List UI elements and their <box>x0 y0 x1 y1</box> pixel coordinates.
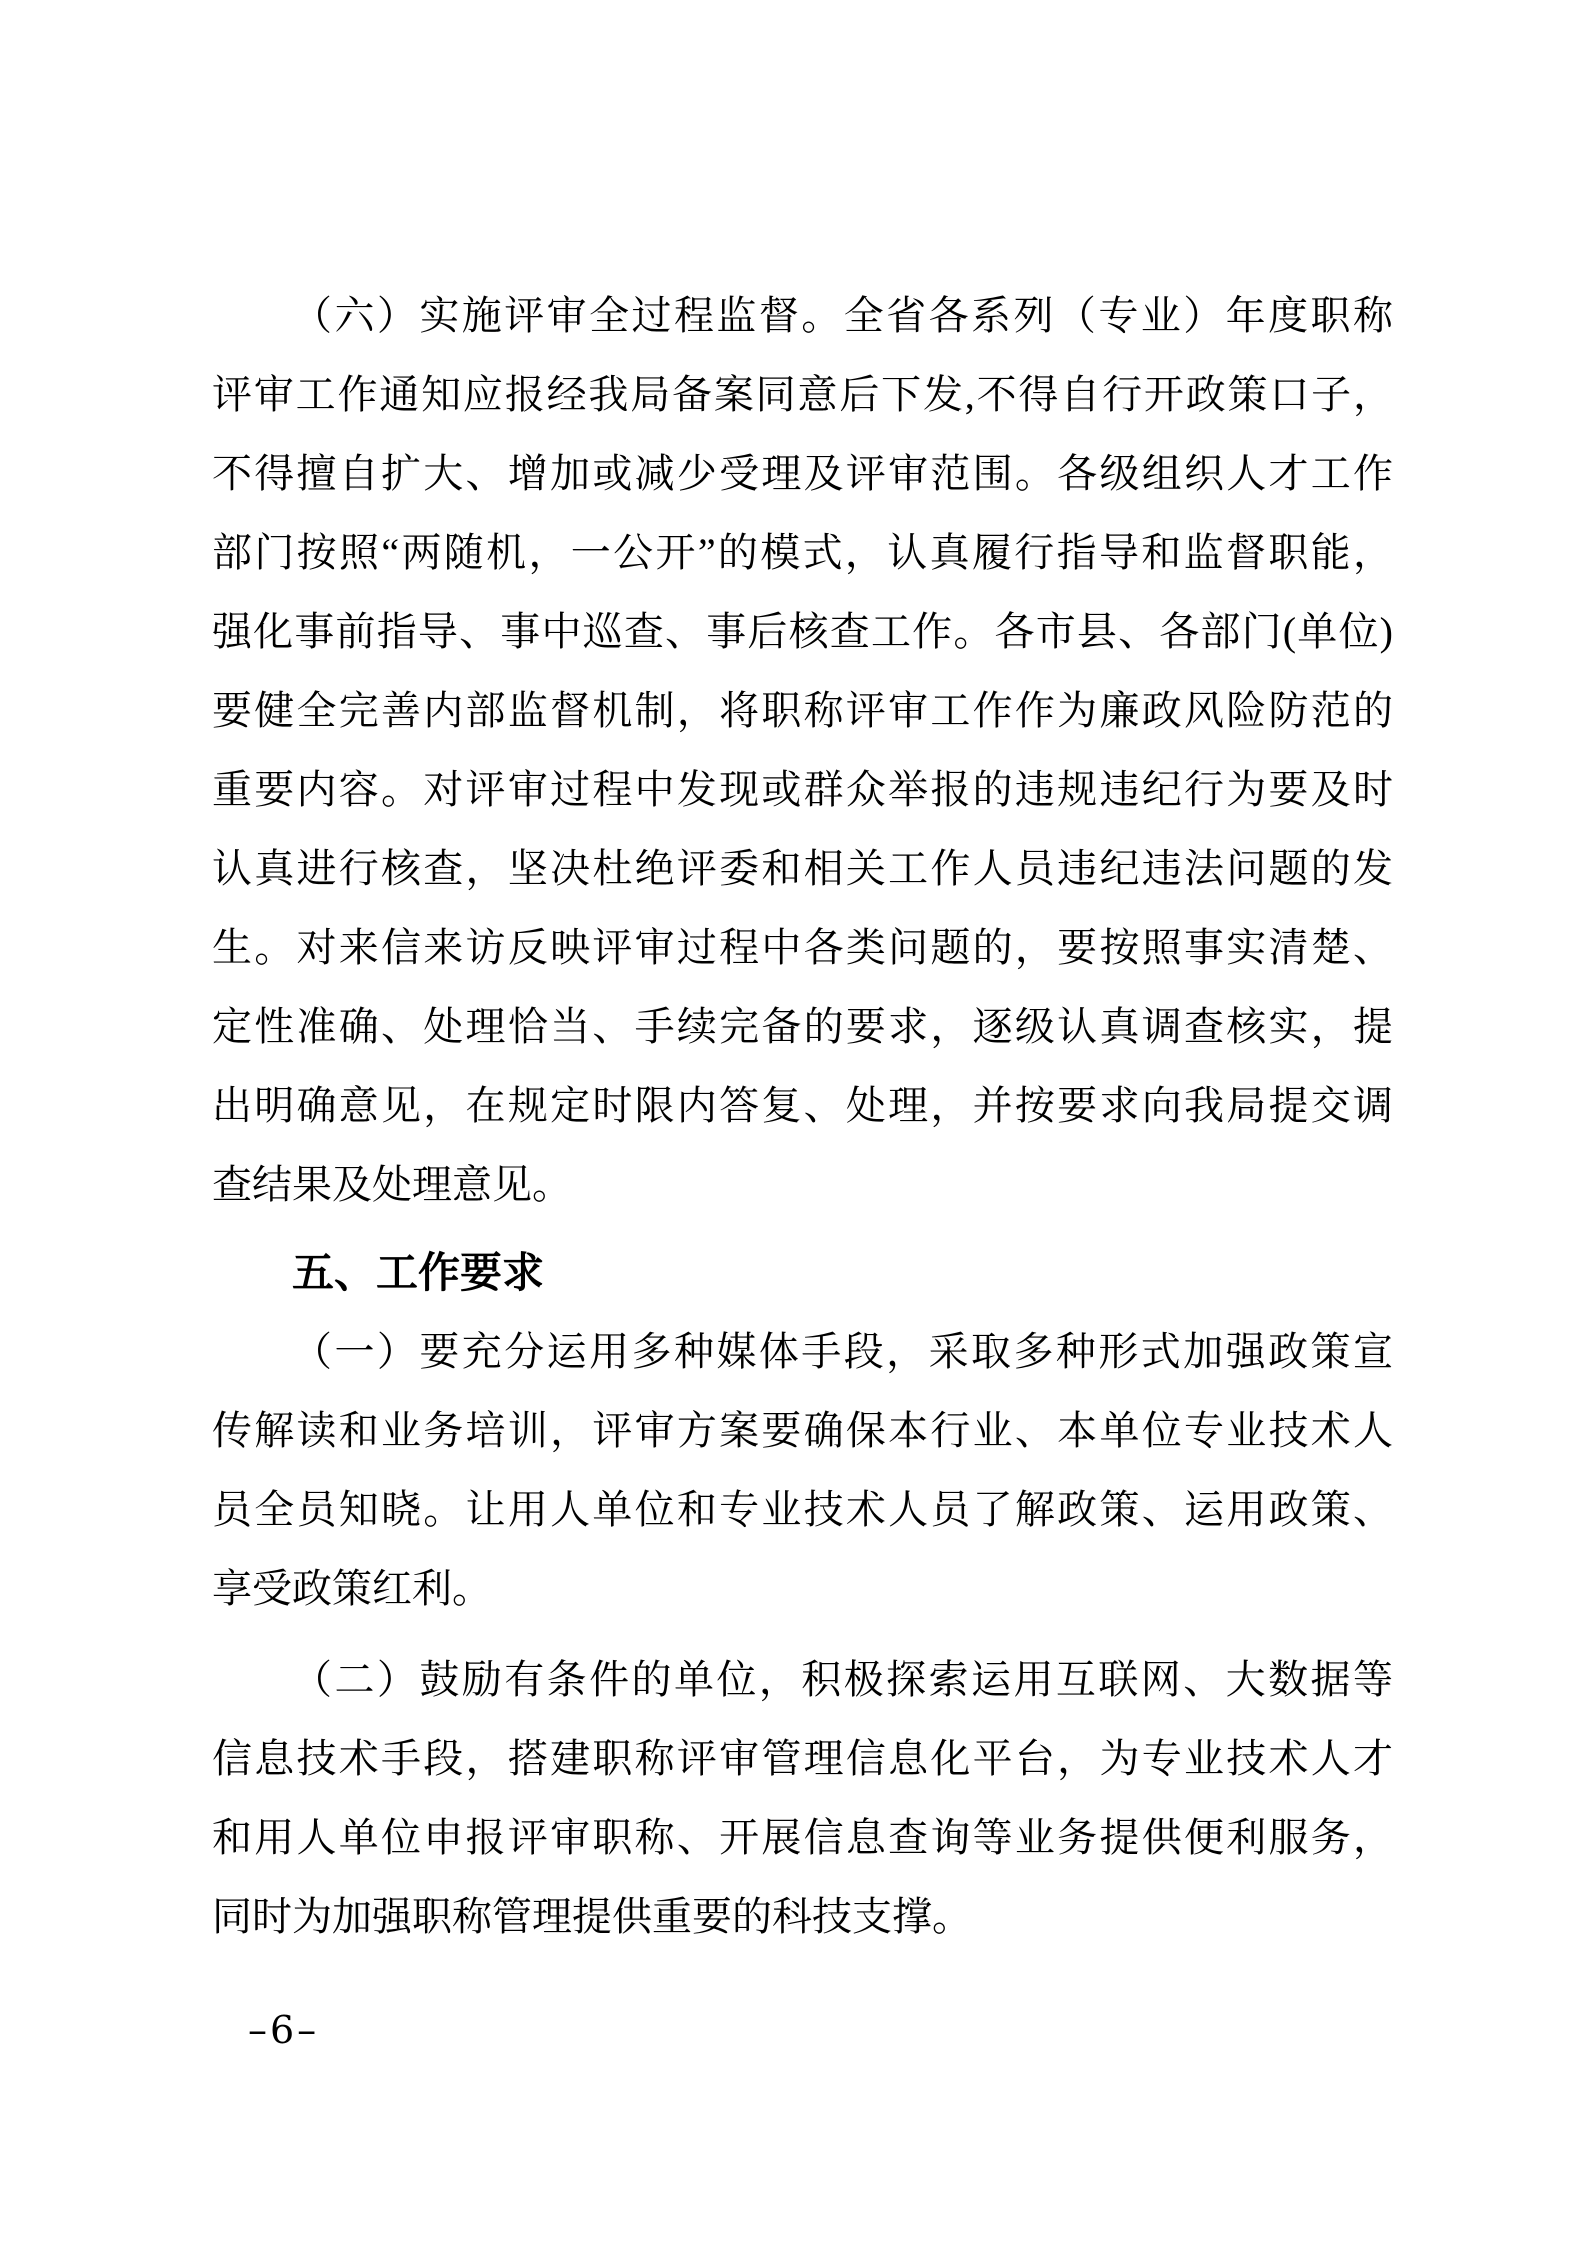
body-line: （一）要充分运用多种媒体手段，采取多种形式加强政策宣 <box>212 1312 1393 1391</box>
body-line: （二）鼓励有条件的单位，积极探索运用互联网、大数据等 <box>212 1640 1393 1719</box>
page-number: –6– <box>248 2008 319 2052</box>
paragraph-item-one: （一）要充分运用多种媒体手段，采取多种形式加强政策宣 传解读和业务培训，评审方案… <box>212 1312 1393 1628</box>
document-page: （六）实施评审全过程监督。全省各系列（专业）年度职称 评审工作通知应报经我局备案… <box>0 0 1587 2245</box>
body-line: 强化事前指导、事中巡查、事后核查工作。各市县、各部门(单位) <box>212 592 1393 671</box>
body-line: 不得擅自扩大、增加或减少受理及评审范围。各级组织人才工作 <box>212 434 1393 513</box>
body-line: 查结果及处理意见。 <box>212 1145 1393 1224</box>
paragraph-item-two: （二）鼓励有条件的单位，积极探索运用互联网、大数据等 信息技术手段，搭建职称评审… <box>212 1640 1393 1956</box>
body-line: 评审工作通知应报经我局备案同意后下发,不得自行开政策口子， <box>212 355 1393 434</box>
body-line: 传解读和业务培训，评审方案要确保本行业、本单位专业技术人 <box>212 1391 1393 1470</box>
body-line: 出明确意见，在规定时限内答复、处理，并按要求向我局提交调 <box>212 1066 1393 1145</box>
section-five-heading: 五、工作要求 <box>292 1233 544 1312</box>
body-line: 同时为加强职称管理提供重要的科技支撑。 <box>212 1877 1393 1956</box>
body-line: 要健全完善内部监督机制，将职称评审工作作为廉政风险防范的 <box>212 671 1393 750</box>
body-line: 部门按照“两随机，一公开”的模式，认真履行指导和监督职能， <box>212 513 1393 592</box>
body-line: 定性准确、处理恰当、手续完备的要求，逐级认真调查核实，提 <box>212 987 1393 1066</box>
body-line: 重要内容。对评审过程中发现或群众举报的违规违纪行为要及时 <box>212 750 1393 829</box>
body-line: 员全员知晓。让用人单位和专业技术人员了解政策、运用政策、 <box>212 1470 1393 1549</box>
body-line: （六）实施评审全过程监督。全省各系列（专业）年度职称 <box>212 276 1393 355</box>
body-line: 和用人单位申报评审职称、开展信息查询等业务提供便利服务， <box>212 1798 1393 1877</box>
body-line: 信息技术手段，搭建职称评审管理信息化平台，为专业技术人才 <box>212 1719 1393 1798</box>
body-line: 认真进行核查，坚决杜绝评委和相关工作人员违纪违法问题的发 <box>212 829 1393 908</box>
body-line: 享受政策红利。 <box>212 1549 1393 1628</box>
body-line: 生。对来信来访反映评审过程中各类问题的，要按照事实清楚、 <box>212 908 1393 987</box>
paragraph-section-six: （六）实施评审全过程监督。全省各系列（专业）年度职称 评审工作通知应报经我局备案… <box>212 276 1393 1224</box>
